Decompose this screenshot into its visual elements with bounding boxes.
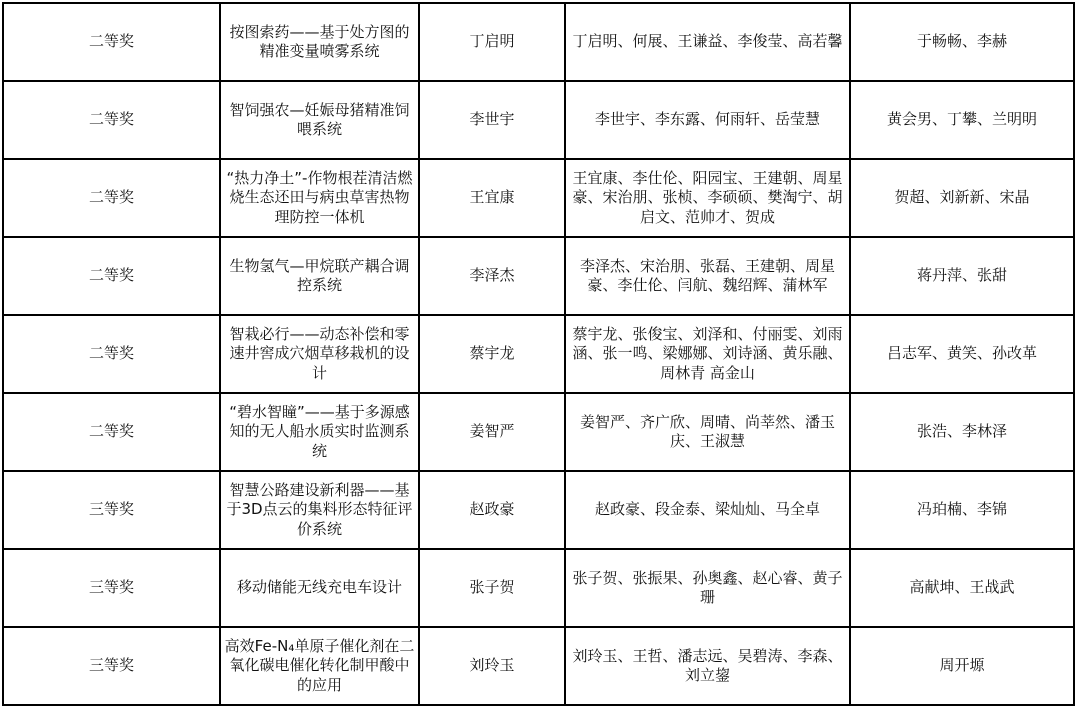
table-row: 二等奖 按图索药——基于处方图的精准变量喷雾系统 丁启明 丁启明、何展、王谦益、… [3, 3, 1074, 81]
advisors-cell: 蒋丹萍、张甜 [850, 237, 1074, 315]
team-members-cell: 姜智严、齐广欣、周晴、尚莘然、潘玉庆、王淑慧 [565, 393, 850, 471]
team-leader-cell: 李泽杰 [419, 237, 565, 315]
project-title-cell: 生物氢气—甲烷联产耦合调控系统 [220, 237, 419, 315]
team-members-cell: 蔡宇龙、张俊宝、刘泽和、付丽雯、刘雨涵、张一鸣、梁娜娜、刘诗涵、黄乐融、周林青 … [565, 315, 850, 393]
award-level-cell: 二等奖 [3, 315, 220, 393]
table-row: 三等奖 智慧公路建设新利器——基于3D点云的集料形态特征评价系统 赵政豪 赵政豪… [3, 471, 1074, 549]
project-title-cell: “碧水智瞳”——基于多源感知的无人船水质实时监测系统 [220, 393, 419, 471]
table-row: 三等奖 高效Fe-N₄单原子催化剂在二氧化碳电催化转化制甲酸中的应用 刘玲玉 刘… [3, 627, 1074, 705]
advisors-cell: 冯珀楠、李锦 [850, 471, 1074, 549]
award-level-cell: 二等奖 [3, 393, 220, 471]
team-leader-cell: 丁启明 [419, 3, 565, 81]
project-title-cell: 移动储能无线充电车设计 [220, 549, 419, 627]
table-row: 二等奖 智栽必行——动态补偿和零速井窖成穴烟草移栽机的设计 蔡宇龙 蔡宇龙、张俊… [3, 315, 1074, 393]
project-title-cell: 智饲强农—妊娠母猪精准饲喂系统 [220, 81, 419, 159]
advisors-cell: 张浩、李林泽 [850, 393, 1074, 471]
award-level-cell: 三等奖 [3, 627, 220, 705]
table-row: 三等奖 移动储能无线充电车设计 张子贺 张子贺、张振果、孙奥鑫、赵心睿、黄子珊 … [3, 549, 1074, 627]
award-level-cell: 二等奖 [3, 159, 220, 237]
table-row: 二等奖 生物氢气—甲烷联产耦合调控系统 李泽杰 李泽杰、宋治朋、张磊、王建朝、周… [3, 237, 1074, 315]
team-members-cell: 张子贺、张振果、孙奥鑫、赵心睿、黄子珊 [565, 549, 850, 627]
team-leader-cell: 李世宇 [419, 81, 565, 159]
team-members-cell: 丁启明、何展、王谦益、李俊莹、高若馨 [565, 3, 850, 81]
team-members-cell: 王宜康、李仕伦、阳园宝、王建朝、周星豪、宋治朋、张桢、李硕硕、樊淘宁、胡启文、范… [565, 159, 850, 237]
project-title-cell: 按图索药——基于处方图的精准变量喷雾系统 [220, 3, 419, 81]
team-members-cell: 李泽杰、宋治朋、张磊、王建朝、周星豪、李仕伦、闫航、魏绍辉、蒲林军 [565, 237, 850, 315]
advisors-cell: 周开塬 [850, 627, 1074, 705]
team-leader-cell: 刘玲玉 [419, 627, 565, 705]
table-row: 二等奖 智饲强农—妊娠母猪精准饲喂系统 李世宇 李世宇、李东露、何雨轩、岳莹慧 … [3, 81, 1074, 159]
team-members-cell: 刘玲玉、王哲、潘志远、吴碧涛、李森、刘立鋆 [565, 627, 850, 705]
table-row: 二等奖 “碧水智瞳”——基于多源感知的无人船水质实时监测系统 姜智严 姜智严、齐… [3, 393, 1074, 471]
team-leader-cell: 姜智严 [419, 393, 565, 471]
table-row: 二等奖 “热力净土”-作物根茬清洁燃烧生态还田与病虫草害热物理防控一体机 王宜康… [3, 159, 1074, 237]
project-title-cell: “热力净土”-作物根茬清洁燃烧生态还田与病虫草害热物理防控一体机 [220, 159, 419, 237]
advisors-cell: 贺超、刘新新、宋晶 [850, 159, 1074, 237]
team-leader-cell: 张子贺 [419, 549, 565, 627]
advisors-cell: 黄会男、丁攀、兰明明 [850, 81, 1074, 159]
award-level-cell: 二等奖 [3, 3, 220, 81]
award-level-cell: 三等奖 [3, 549, 220, 627]
team-leader-cell: 王宜康 [419, 159, 565, 237]
award-level-cell: 二等奖 [3, 237, 220, 315]
team-leader-cell: 蔡宇龙 [419, 315, 565, 393]
project-title-cell: 高效Fe-N₄单原子催化剂在二氧化碳电催化转化制甲酸中的应用 [220, 627, 419, 705]
advisors-cell: 吕志军、黄笑、孙改革 [850, 315, 1074, 393]
project-title-cell: 智栽必行——动态补偿和零速井窖成穴烟草移栽机的设计 [220, 315, 419, 393]
advisors-cell: 高献坤、王战武 [850, 549, 1074, 627]
team-members-cell: 赵政豪、段金泰、梁灿灿、马全卓 [565, 471, 850, 549]
project-title-cell: 智慧公路建设新利器——基于3D点云的集料形态特征评价系统 [220, 471, 419, 549]
award-level-cell: 二等奖 [3, 81, 220, 159]
advisors-cell: 于畅畅、李赫 [850, 3, 1074, 81]
team-leader-cell: 赵政豪 [419, 471, 565, 549]
team-members-cell: 李世宇、李东露、何雨轩、岳莹慧 [565, 81, 850, 159]
awards-table: 二等奖 按图索药——基于处方图的精准变量喷雾系统 丁启明 丁启明、何展、王谦益、… [2, 2, 1075, 706]
award-level-cell: 三等奖 [3, 471, 220, 549]
